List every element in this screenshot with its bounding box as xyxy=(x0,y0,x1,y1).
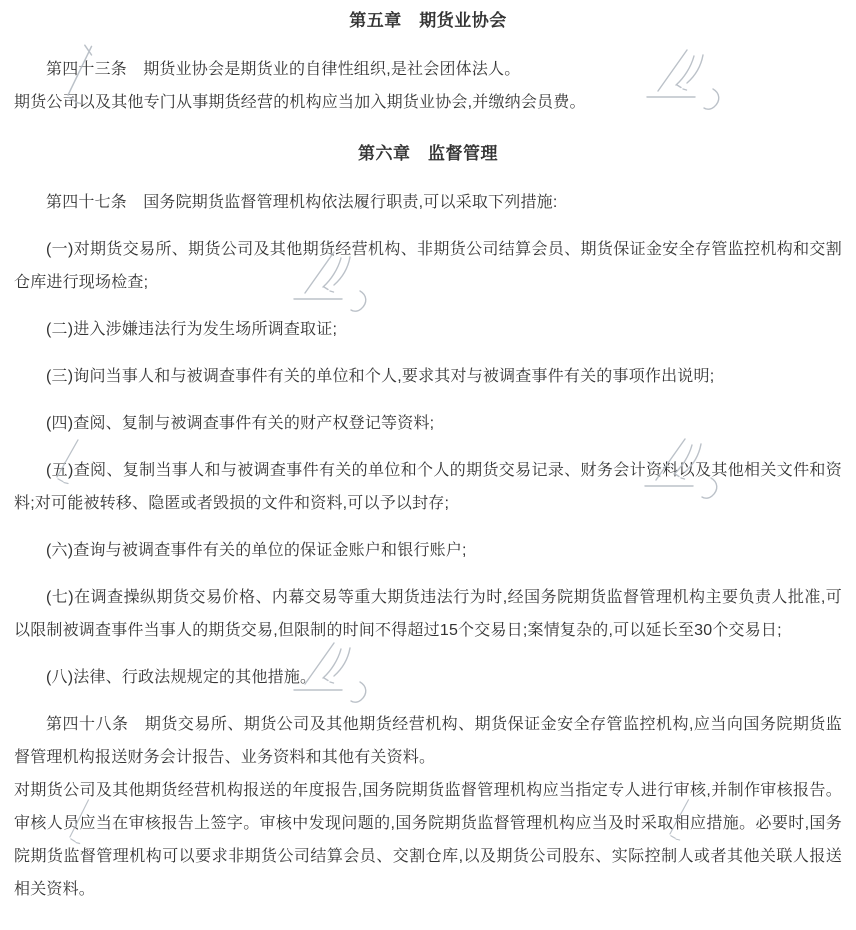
article-47-item-7: (七)在调查操纵期货交易价格、内幕交易等重大期货违法行为时,经国务院期货监督管理… xyxy=(14,581,842,647)
article-47-paragraph: 第四十七条 国务院期货监督管理机构依法履行职责,可以采取下列措施: xyxy=(14,186,842,219)
article-48-paragraph: 第四十八条 期货交易所、期货公司及其他期货经营机构、期货保证金安全存管监控机构,… xyxy=(14,708,842,774)
article-47-item-5: (五)查阅、复制当事人和与被调查事件有关的单位和个人的期货交易记录、财务会计资料… xyxy=(14,454,842,520)
article-43-continuation: 期货公司以及其他专门从事期货经营的机构应当加入期货业协会,并缴纳会员费。 xyxy=(14,86,842,119)
article-48-continuation: 对期货公司及其他期货经营机构报送的年度报告,国务院期货监督管理机构应当指定专人进… xyxy=(14,774,842,906)
document-page: 第五章 期货业协会 第四十三条 期货业协会是期货业的自律性组织,是社会团体法人。… xyxy=(0,0,856,930)
article-47-item-1: (一)对期货交易所、期货公司及其他期货经营机构、非期货公司结算会员、期货保证金安… xyxy=(14,233,842,299)
article-47-item-2: (二)进入涉嫌违法行为发生场所调查取证; xyxy=(14,313,842,346)
article-47-item-4: (四)查阅、复制与被调查事件有关的财产权登记等资料; xyxy=(14,407,842,440)
chapter-5-title: 第五章 期货业协会 xyxy=(14,8,842,34)
article-43-paragraph: 第四十三条 期货业协会是期货业的自律性组织,是社会团体法人。 xyxy=(14,53,842,86)
article-47-item-3: (三)询问当事人和与被调查事件有关的单位和个人,要求其对与被调查事件有关的事项作… xyxy=(14,360,842,393)
article-47-item-8: (八)法律、行政法规规定的其他措施。 xyxy=(14,661,842,694)
article-47-item-6: (六)查询与被调查事件有关的单位的保证金账户和银行账户; xyxy=(14,534,842,567)
chapter-6-title: 第六章 监督管理 xyxy=(14,141,842,167)
